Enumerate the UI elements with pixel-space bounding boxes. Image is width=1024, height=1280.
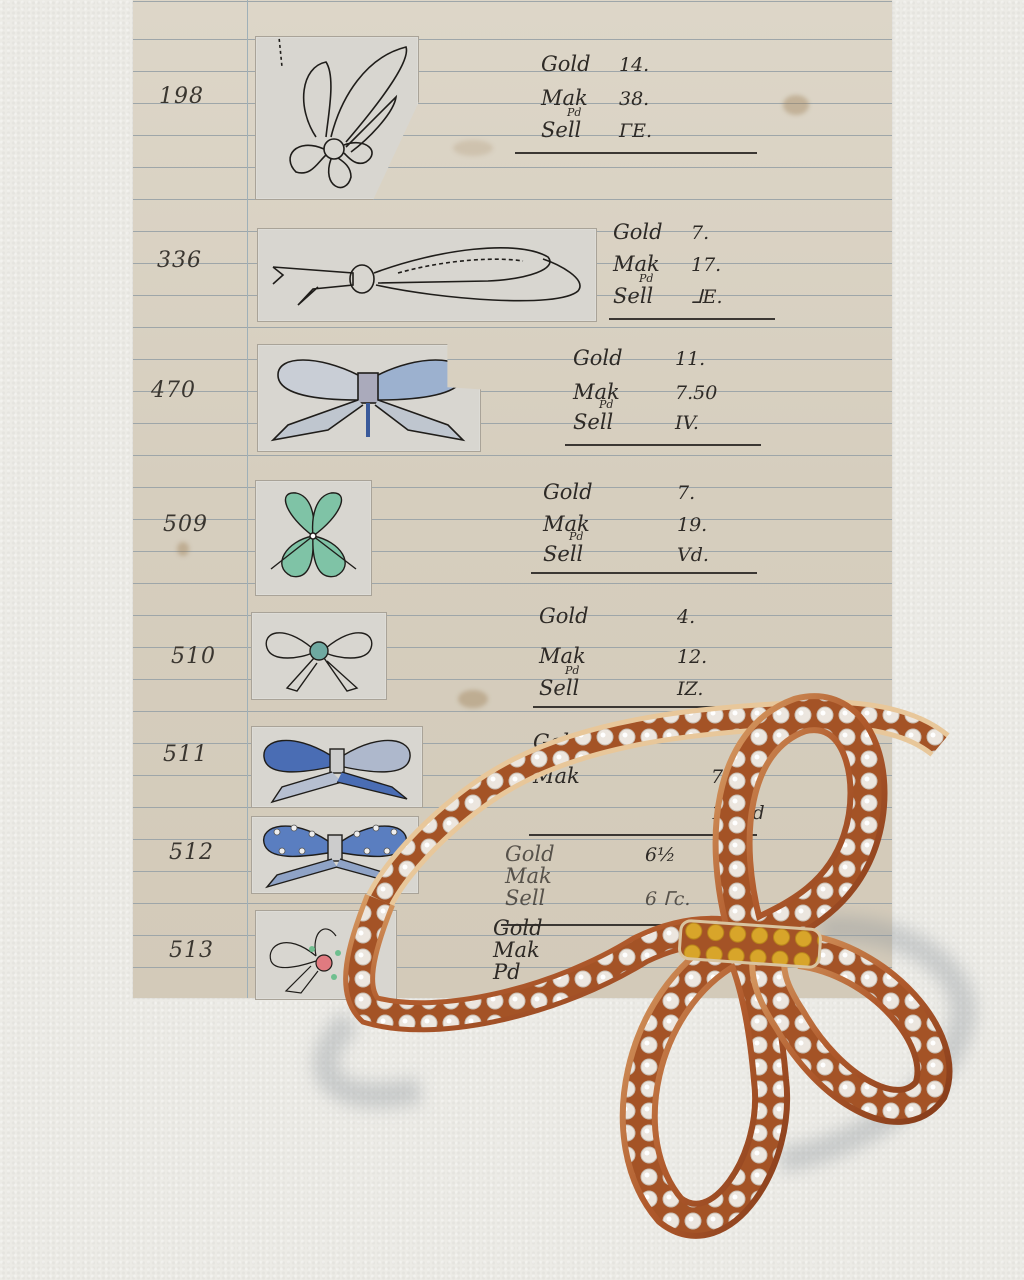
gold-value: 4.	[677, 606, 695, 628]
sketch-green-clover-bow	[255, 480, 372, 596]
sketch-knotted-loop-brooch	[257, 228, 597, 322]
pencil-note: Pd	[639, 272, 653, 285]
sell-label: Sell	[539, 676, 617, 700]
pencil-note: Pd	[493, 960, 571, 984]
entry-rule	[609, 318, 775, 320]
stain	[453, 140, 493, 156]
entry-rule	[529, 834, 757, 836]
item-number: 470	[151, 378, 196, 403]
gold-label: Gold	[541, 52, 619, 76]
sketch-blue-ribbon-bow	[257, 344, 481, 452]
sell-label: Sell	[505, 886, 583, 910]
make-value: 12.	[677, 646, 707, 668]
stain	[783, 95, 809, 115]
make-label: Mak	[533, 764, 611, 788]
entry-rule	[533, 706, 753, 708]
pencil-note: Pd	[599, 398, 613, 411]
item-number: 509	[163, 512, 208, 537]
sell-label: Sell	[573, 410, 651, 434]
entry-rule	[531, 572, 757, 574]
gold-label: Gold	[533, 730, 611, 754]
sell-value: Vd.	[677, 544, 709, 566]
gold-label: Gold	[539, 604, 617, 628]
sell-value: 6 ᒥc.	[645, 888, 690, 910]
pencil-note: Pd	[567, 106, 581, 119]
sell-value: IZ.	[677, 678, 703, 700]
make-value: 7.50	[675, 382, 717, 404]
sell-value: ΓΕ.	[619, 120, 652, 142]
make-value: 17.	[691, 254, 721, 276]
sell-value: 12.ed	[711, 802, 765, 824]
make-value: 7.	[711, 766, 729, 788]
gold-value: 11.	[675, 348, 705, 370]
sketch-floral-spray-brooch	[255, 36, 419, 200]
entry-rule	[565, 444, 761, 446]
sketch-blue-bow	[251, 726, 423, 808]
sell-label: Sell	[541, 118, 619, 142]
sketch-pink-rose-bow	[255, 910, 397, 1000]
sell-label: Sell	[613, 284, 691, 308]
ledger-page: 198 336 470 509 510 511 512 513	[133, 0, 892, 998]
item-number: 336	[157, 248, 202, 273]
make-label: Mak	[493, 938, 571, 962]
sketch-pearl-center-bow	[251, 612, 387, 700]
gold-label: Gold	[543, 480, 621, 504]
stain	[458, 690, 488, 708]
sell-value: ᒧΕ.	[691, 286, 723, 308]
item-number: 513	[169, 938, 214, 963]
make-value: 38.	[619, 88, 649, 110]
sell-value: IV.	[675, 412, 699, 434]
item-number: 511	[163, 742, 208, 767]
make-label: Mak	[505, 864, 583, 888]
item-number: 198	[159, 84, 204, 109]
item-number: 512	[169, 840, 214, 865]
make-value: 6½	[645, 844, 676, 866]
gold-label: Gold	[573, 346, 651, 370]
gold-label: Gold	[613, 220, 691, 244]
gold-label: Gold	[493, 916, 571, 940]
margin-line	[247, 0, 248, 998]
gold-value: 7.	[691, 222, 709, 244]
sketch-blue-dotted-bow	[251, 816, 419, 894]
gold-value: 14.	[619, 54, 649, 76]
pencil-note: Pd	[565, 664, 579, 677]
sell-label: Sell	[543, 542, 621, 566]
gold-value: 7.	[677, 482, 695, 504]
make-value: 19.	[677, 514, 707, 536]
item-number: 510	[171, 644, 216, 669]
pencil-note: Pd	[569, 530, 583, 543]
stain	[177, 542, 189, 556]
entry-rule	[515, 152, 757, 154]
